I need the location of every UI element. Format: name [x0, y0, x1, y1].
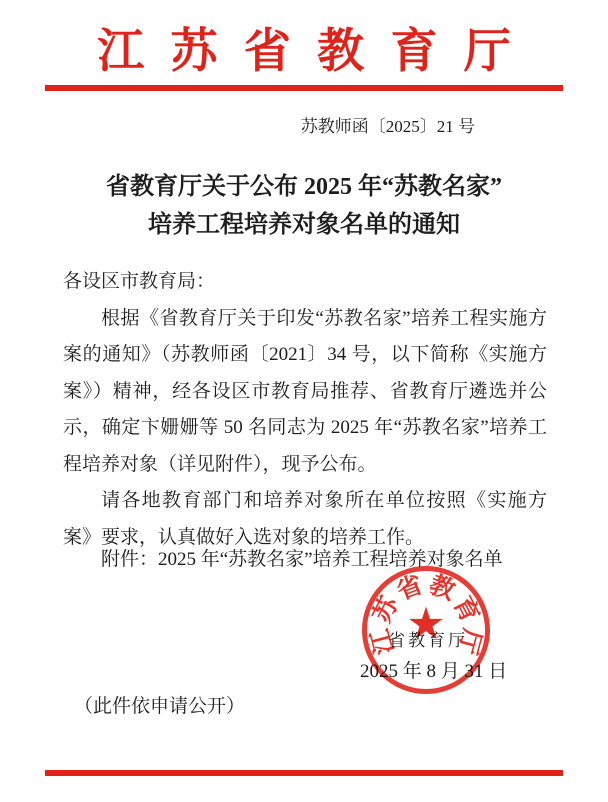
signature-date: 2025 年 8 月 31 日: [360, 656, 507, 683]
disclosure-note: （此件依申请公开）: [74, 691, 245, 718]
letterhead-divider-line: [45, 85, 563, 91]
document-title: 省教育厅关于公布 2025 年“苏教名家” 培养工程培养对象名单的通知: [0, 168, 608, 244]
signer-name: 省教育厅: [388, 626, 468, 651]
agency-letterhead-title: 江苏省教育厅: [0, 0, 608, 83]
body-paragraph-1: 根据《省教育厅关于印发“苏教名家”培养工程实施方案的通知》（苏教师函〔2021〕…: [63, 301, 547, 484]
attachment-line: 附件：2025 年“苏教名家”培养工程培养对象名单: [63, 542, 547, 579]
document-body: 各设区市教育局： 根据《省教育厅关于印发“苏教名家”培养工程实施方案的通知》（苏…: [63, 264, 547, 556]
document-title-line2: 培养工程培养对象名单的通知: [0, 206, 608, 244]
document-title-line1: 省教育厅关于公布 2025 年“苏教名家”: [0, 168, 608, 206]
salutation-line: 各设区市教育局：: [63, 264, 547, 301]
footer-divider-line: [45, 770, 563, 776]
seal-char-5: 育: [446, 591, 484, 629]
document-reference-number: 苏教师函〔2025〕21 号: [0, 116, 608, 138]
official-document-page: 江苏省教育厅 苏教师函〔2025〕21 号 省教育厅关于公布 2025 年“苏教…: [0, 0, 608, 802]
seal-char-2: 苏: [368, 591, 406, 629]
